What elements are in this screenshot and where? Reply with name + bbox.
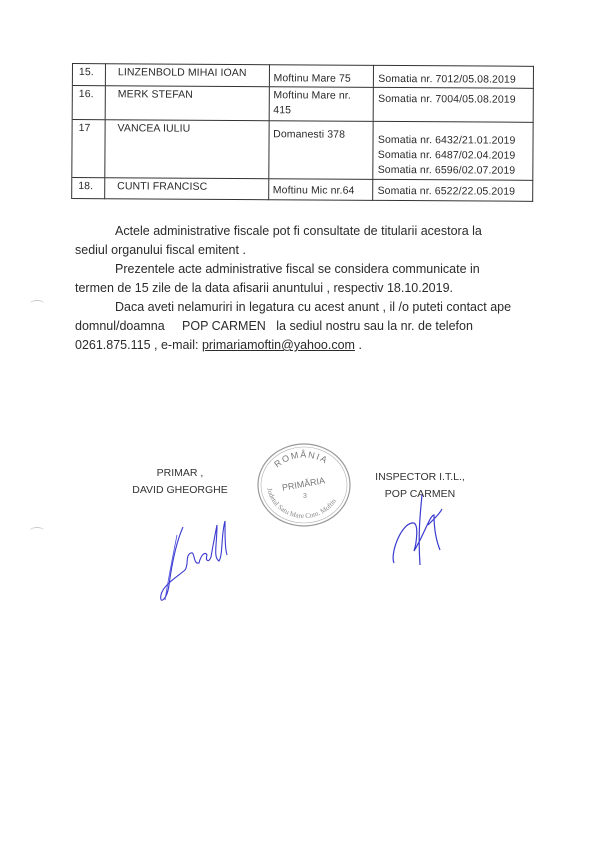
table-row: 15. LINZENBOLD MIHAI IOAN Moftinu Mare 7… [72,63,534,88]
debtor-name: MERK STEFAN [106,85,270,120]
table-row: 16. MERK STEFAN Moftinu Mare nr. 415 Som… [72,85,534,122]
fiscal-acts: Somatia nr. 6522/22.05.2019 [374,179,534,202]
debtor-name: VANCEA IULIU [105,119,269,178]
table-row: 18. CUNTI FRANCISC Moftinu Mic nr.64 Som… [71,177,533,202]
fiscal-acts: Somatia nr. 7012/05.08.2019 [374,65,534,88]
svg-text:PRIMĂRIA: PRIMĂRIA [281,475,326,492]
svg-text:Judetul Satu Mare Com. Moftin: Judetul Satu Mare Com. Moftin [265,487,338,520]
debtor-address: Moftinu Mare nr. 415 [269,86,374,121]
row-number: 16. [73,85,106,119]
fiscal-acts: Somatia nr. 6432/21.01.2019 Somatia nr. … [374,121,534,180]
primar-name: DAVID GHEORGHE [120,482,240,499]
debtor-address: Moftinu Mic nr.64 [269,178,374,201]
paragraph-consultation: Actele administrative fiscale pot fi con… [75,222,555,260]
debtor-name: CUNTI FRANCISC [105,177,269,200]
inspector-title: INSPECTOR I.T.L., [360,469,480,486]
row-number: 18. [72,177,105,199]
document-page: 15. LINZENBOLD MIHAI IOAN Moftinu Mare 7… [0,0,595,841]
punch-hole-mark [30,527,44,534]
primar-signature-icon [155,515,230,605]
official-stamp-icon: ROMÂNIA Judetul Satu Mare Com. Moftin PR… [255,442,353,528]
debtor-name: LINZENBOLD MIHAI IOAN [106,63,270,86]
fiscal-acts: Somatia nr. 7004/05.08.2019 [374,87,534,122]
row-number: 17 [72,119,105,177]
punch-hole-mark [30,300,44,307]
paragraph-contact: Daca aveti nelamuriri in legatura cu ace… [75,298,555,355]
primar-signature-block: PRIMAR , DAVID GHEORGHE [120,465,240,499]
svg-text:ROMÂNIA: ROMÂNIA [272,449,330,469]
debtors-table: 15. LINZENBOLD MIHAI IOAN Moftinu Mare 7… [71,63,534,202]
email-link[interactable]: primariamoftin@yahoo.com [202,338,355,352]
inspector-signature-icon [390,495,450,575]
svg-text:3: 3 [303,493,307,500]
paragraph-communication: Prezentele acte administrative fiscal se… [75,260,555,298]
debtor-address: Domanesti 378 [269,120,374,179]
debtor-address: Moftinu Mare 75 [269,64,374,87]
row-number: 15. [73,63,106,85]
primar-title: PRIMAR , [120,465,240,482]
table-row: 17 VANCEA IULIU Domanesti 378 Somatia nr… [71,119,533,180]
